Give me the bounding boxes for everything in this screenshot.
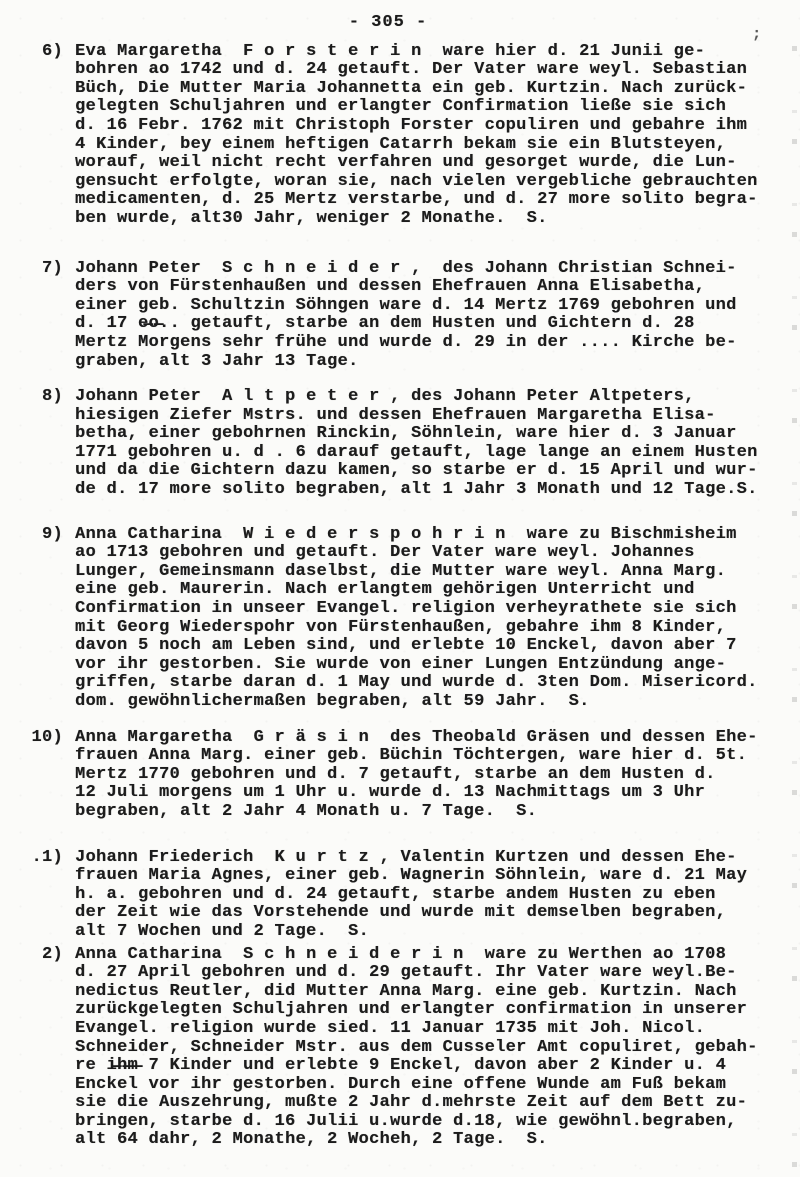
- register-entry-12: 2) Anna Catharina S c h n e i d e r i n …: [0, 946, 800, 1151]
- text-line: bringen, starbe d. 16 Julii u.wurde d.18…: [75, 1113, 792, 1132]
- text-line: Lunger, Gemeinsmann daselbst, die Mutter…: [75, 563, 792, 582]
- register-entry-11: .1) Johann Friederich K u r t z , Valent…: [0, 849, 800, 942]
- text-line: worauf, weil nicht recht verfahren und g…: [75, 154, 792, 173]
- text-line: ao 1713 gebohren und getauft. Der Vater …: [75, 544, 792, 563]
- entry-number: 7): [0, 260, 63, 279]
- text-line: re i̶h̶m̶ 7 Kinder und erlebte 9 Enckel,…: [75, 1057, 792, 1076]
- entry-number: 9): [0, 526, 63, 545]
- text-line: frauen Anna Marg. einer geb. Büchin Töch…: [75, 747, 792, 766]
- text-line: einer geb. Schultzin Söhngen ware d. 14 …: [75, 297, 792, 316]
- entry-number: 6): [0, 43, 63, 62]
- entry-number: .1): [0, 849, 63, 868]
- text-line: frauen Maria Agnes, einer geb. Wagnerin …: [75, 867, 792, 886]
- page-number: - 305 -: [0, 14, 788, 33]
- text-line: Johann Friederich K u r t z , Valentin K…: [75, 849, 792, 868]
- entry-text: Johann Friederich K u r t z , Valentin K…: [75, 849, 792, 942]
- text-line: sie die Auszehrung, mußte 2 Jahr d.mehrs…: [75, 1094, 792, 1113]
- text-line: davon 5 noch am Leben sind, und erlebte …: [75, 637, 792, 656]
- text-line: Johann Peter S c h n e i d e r , des Joh…: [75, 260, 792, 279]
- entry-number: 2): [0, 946, 63, 965]
- text-line: Mertz Morgens sehr frühe und wurde d. 29…: [75, 334, 792, 353]
- text-line: Schneider, Schneider Mstr. aus dem Cusse…: [75, 1039, 792, 1058]
- text-line: d. 27 April gebohren und d. 29 getauft. …: [75, 964, 792, 983]
- text-line: Anna Catharina W i e d e r s p o h r i n…: [75, 526, 792, 545]
- text-line: Eva Margaretha F o r s t e r i n ware hi…: [75, 43, 792, 62]
- entry-text: Johann Peter A l t p e t e r , des Johan…: [75, 388, 792, 500]
- scanned-register-page: - 305 - ; 6) Eva Margaretha F o r s t e …: [0, 0, 800, 1177]
- text-line: 1771 gebohren u. d . 6 darauf getauft, l…: [75, 444, 792, 463]
- register-entry-7: 7) Johann Peter S c h n e i d e r , des …: [0, 260, 800, 372]
- text-line: de d. 17 more solito begraben, alt 1 Jah…: [75, 481, 792, 500]
- text-line: nedictus Reutler, did Mutter Anna Marg. …: [75, 983, 792, 1002]
- entry-text: Eva Margaretha F o r s t e r i n ware hi…: [75, 43, 792, 229]
- register-entry-6: 6) Eva Margaretha F o r s t e r i n ware…: [0, 43, 800, 229]
- entry-number: 8): [0, 388, 63, 407]
- register-entry-8: 8) Johann Peter A l t p e t e r , des Jo…: [0, 388, 800, 500]
- text-line: Johann Peter A l t p e t e r , des Johan…: [75, 388, 792, 407]
- entry-text: Anna Margaretha G r ä s i n des Theobald…: [75, 729, 792, 822]
- text-line: d. 16 Febr. 1762 mit Christoph Forster c…: [75, 117, 792, 136]
- entry-text: Anna Catharina W i e d e r s p o h r i n…: [75, 526, 792, 712]
- text-line: gelegten Schuljahren und erlangter Confi…: [75, 98, 792, 117]
- text-line: Büch, Die Mutter Maria Johannetta ein ge…: [75, 80, 792, 99]
- text-line: zurückgelegten Schuljahren und erlangter…: [75, 1001, 792, 1020]
- register-entry-10: 10) Anna Margaretha G r ä s i n des Theo…: [0, 729, 800, 822]
- text-line: d. 17 e̶o̶.. getauft, starbe an dem Hust…: [75, 315, 792, 334]
- register-entry-9: 9) Anna Catharina W i e d e r s p o h r …: [0, 526, 800, 712]
- text-line: Enckel vor ihr gestorben. Durch eine off…: [75, 1076, 792, 1095]
- entry-number: 10): [0, 729, 63, 748]
- entry-text: Johann Peter S c h n e i d e r , des Joh…: [75, 260, 792, 372]
- text-line: medicamenten, d. 25 Mertz verstarbe, und…: [75, 191, 792, 210]
- text-line: der Zeit wie das Vorstehende und wurde m…: [75, 904, 792, 923]
- text-line: 4 Kinder, bey einem heftigen Catarrh bek…: [75, 136, 792, 155]
- text-line: bohren ao 1742 und d. 24 getauft. Der Va…: [75, 61, 792, 80]
- text-line: mit Georg Wiederspohr von Fürstenhaußen,…: [75, 619, 792, 638]
- text-line: Confirmation in unseer Evangel. religion…: [75, 600, 792, 619]
- text-line: ben wurde, alt30 Jahr, weniger 2 Monathe…: [75, 210, 792, 229]
- text-line: dom. gewöhnlichermaßen begraben, alt 59 …: [75, 693, 792, 712]
- text-line: betha, einer gebohrnen Rinckin, Söhnlein…: [75, 425, 792, 444]
- text-line: vor ihr gestorben. Sie wurde von einer L…: [75, 656, 792, 675]
- entry-text: Anna Catharina S c h n e i d e r i n war…: [75, 946, 792, 1151]
- text-line: alt 7 Wochen und 2 Tage. S.: [75, 923, 792, 942]
- text-line: 12 Juli morgens um 1 Uhr u. wurde d. 13 …: [75, 784, 792, 803]
- text-line: griffen, starbe daran d. 1 May und wurde…: [75, 674, 792, 693]
- text-line: gensucht erfolgte, woran sie, nach viele…: [75, 173, 792, 192]
- text-line: Mertz 1770 gebohren und d. 7 getauft, st…: [75, 766, 792, 785]
- text-line: Anna Margaretha G r ä s i n des Theobald…: [75, 729, 792, 748]
- text-line: Evangel. religion wurde sied. 11 Januar …: [75, 1020, 792, 1039]
- text-line: Anna Catharina S c h n e i d e r i n war…: [75, 946, 792, 965]
- text-line: graben, alt 3 Jahr 13 Tage.: [75, 353, 792, 372]
- text-line: ders von Fürstenhaußen und dessen Ehefra…: [75, 278, 792, 297]
- text-line: und da die Gichtern dazu kamen, so starb…: [75, 462, 792, 481]
- text-line: eine geb. Maurerin. Nach erlangtem gehör…: [75, 581, 792, 600]
- text-line: begraben, alt 2 Jahr 4 Monath u. 7 Tage.…: [75, 803, 792, 822]
- text-line: alt 64 dahr, 2 Monathe, 2 Wocheh, 2 Tage…: [75, 1131, 792, 1150]
- text-line: h. a. gebohren und d. 24 getauft, starbe…: [75, 886, 792, 905]
- text-line: hiesigen Ziefer Mstrs. und dessen Ehefra…: [75, 407, 792, 426]
